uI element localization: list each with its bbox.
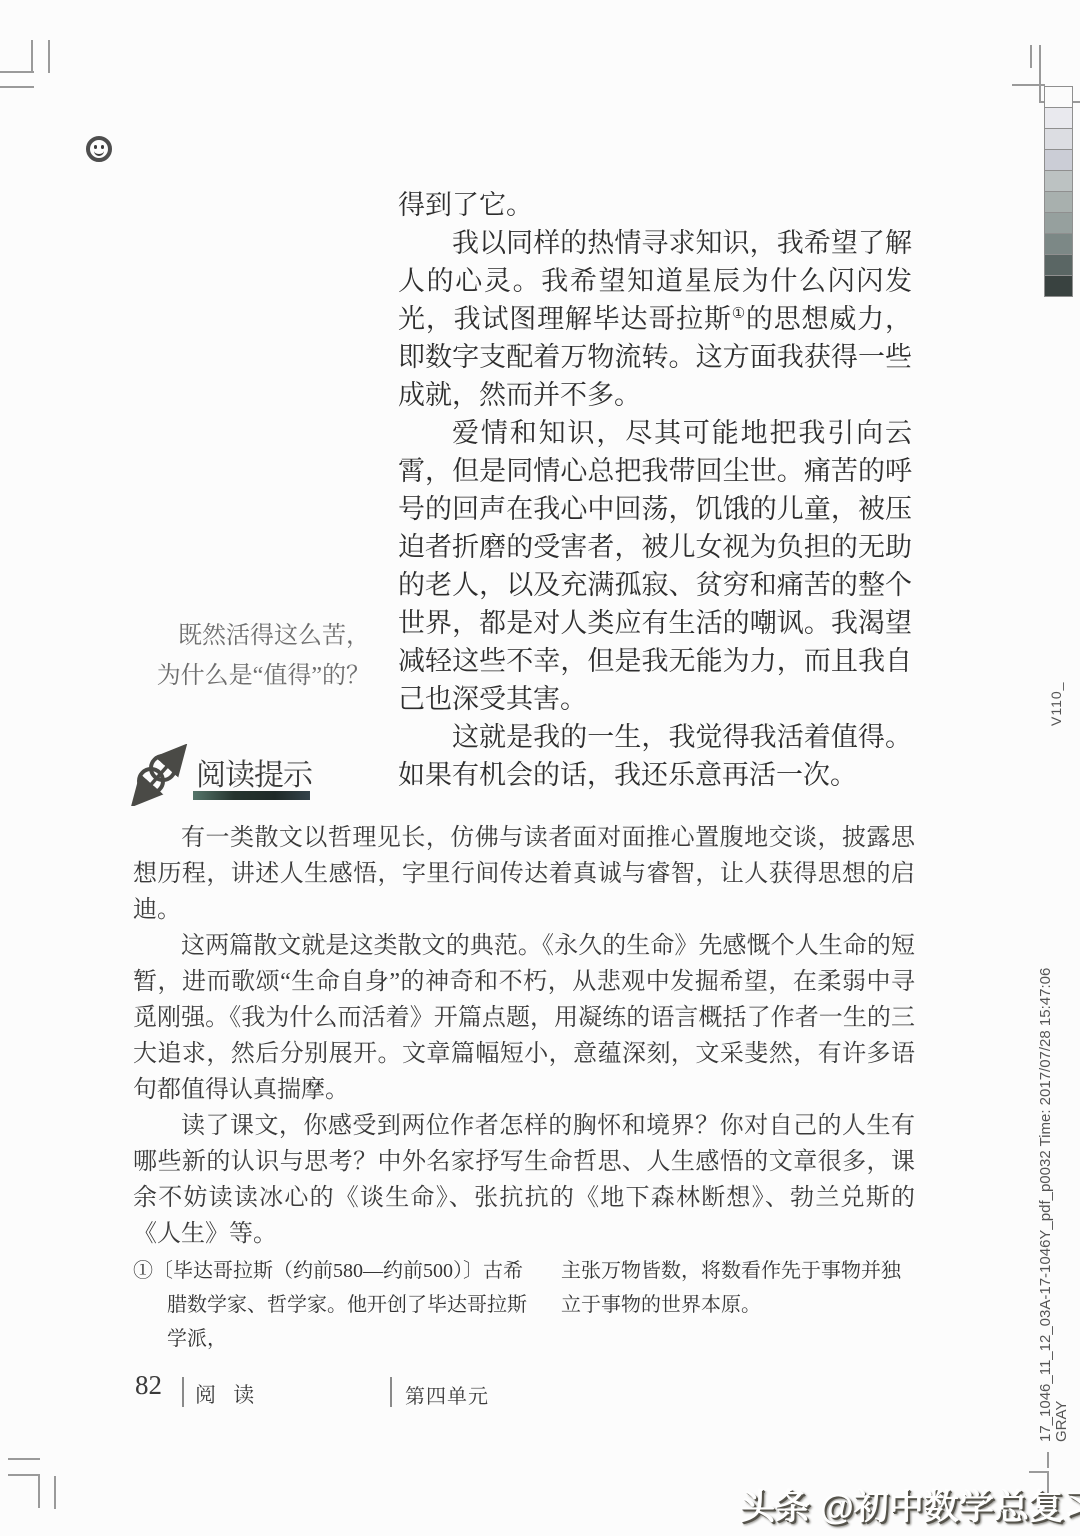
grayscale-cell [1045,192,1072,213]
print-color-mode: GRAY [1054,968,1070,1442]
reading-tips-paragraph: 有一类散文以哲理见长，仿佛与读者面对面推心置腹地交谈，披露思想历程，讲述人生感悟… [133,820,915,928]
grayscale-cell [1045,129,1072,150]
body-paragraph: 得到了它。 [398,186,912,224]
grayscale-cell [1045,234,1072,255]
grayscale-cell [1045,213,1072,234]
crop-mark-bottom-left-v2 [54,1476,56,1509]
grayscale-cell [1045,276,1072,296]
footnote-right-column: 主张万物皆数，将数看作先于事物并独立于事物的世界本原。 [561,1254,917,1356]
crop-mark-bottom-left-v1 [38,1474,40,1508]
body-paragraph: 这就是我的一生，我觉得我活着值得。如果有机会的话，我还乐意再活一次。 [398,718,912,794]
smiley-mouth [94,149,104,156]
crop-mark-bottom-right-v1 [1047,1452,1049,1468]
version-code: V110_ [1048,682,1064,726]
print-file-info: 17_1046_11_12_03A-17-1046Y_pdf_p0032 Tim… [1038,968,1070,1442]
footnotes: ①〔毕达哥拉斯（约前580—约前500）〕古希腊数学家、哲学家。他开创了毕达哥拉… [133,1254,917,1356]
crop-mark-top-left-h2 [0,86,34,88]
reading-tips-title: 阅读提示 [196,750,312,794]
grayscale-cell [1045,150,1072,171]
grayscale-cell [1045,255,1072,276]
footer-section-label: 阅 读 [195,1379,260,1409]
crop-mark-top-right-v2 [1039,45,1041,103]
grayscale-cell [1045,108,1072,129]
margin-note: 既然活得这么苦， 为什么是“值得”的？ [124,616,370,696]
footnote-marker: ① [732,306,746,322]
crop-mark-bottom-right-h1 [1029,1471,1049,1473]
body-paragraph: 爱情和知识，尽其可能地把我引向云霄，但是同情心总把我带回尘世。痛苦的呼号的回声在… [398,414,912,718]
crop-mark-top-left-v1 [31,40,33,73]
grayscale-cell [1045,87,1072,108]
reading-tips-paragraph: 这两篇散文就是这类散文的典范。《永久的生命》先感慨个人生命的短暂，进而歌颂“生命… [133,928,915,1108]
footnote-left-column: ①〔毕达哥拉斯（约前580—约前500）〕古希腊数学家、哲学家。他开创了毕达哥拉… [133,1254,529,1356]
crop-mark-bottom-left-h2 [8,1474,40,1476]
crop-mark-top-left-h1 [0,71,34,73]
footer-divider [390,1377,392,1407]
smiley-face-icon [86,136,112,162]
rings-arrow-icon [130,744,188,806]
page-number: 82 [135,1370,162,1401]
grayscale-cell [1045,171,1072,192]
body-paragraph: 我以同样的热情寻求知识，我希望了解人的心灵。我希望知道星辰为什么闪闪发光，我试图… [398,224,912,414]
crop-mark-top-left-v2 [48,40,50,73]
crop-mark-top-right-h2 [1012,84,1045,86]
grayscale-strip [1044,86,1073,297]
crop-mark-top-right-v1 [1030,45,1032,68]
crop-mark-bottom-left-h1 [8,1458,40,1460]
body-paragraphs: 得到了它。我以同样的热情寻求知识，我希望了解人的心灵。我希望知道星辰为什么闪闪发… [398,186,912,794]
footer-divider [182,1377,184,1407]
footer-unit-label: 第四单元 [405,1380,489,1409]
reading-tips-paragraphs: 有一类散文以哲理见长，仿佛与读者面对面推心置腹地交谈，披露思想历程，讲述人生感悟… [133,820,915,1252]
reading-tips-paragraph: 读了课文，你感受到两位作者怎样的胸怀和境界？你对自己的人生有哪些新的认识与思考？… [133,1108,915,1252]
reading-tips-underline [193,791,310,800]
watermark-text: 头条 @初中数学总复习 [740,1480,1080,1530]
print-file-info-line: 17_1046_11_12_03A-17-1046Y_pdf_p0032 Tim… [1038,968,1054,1442]
